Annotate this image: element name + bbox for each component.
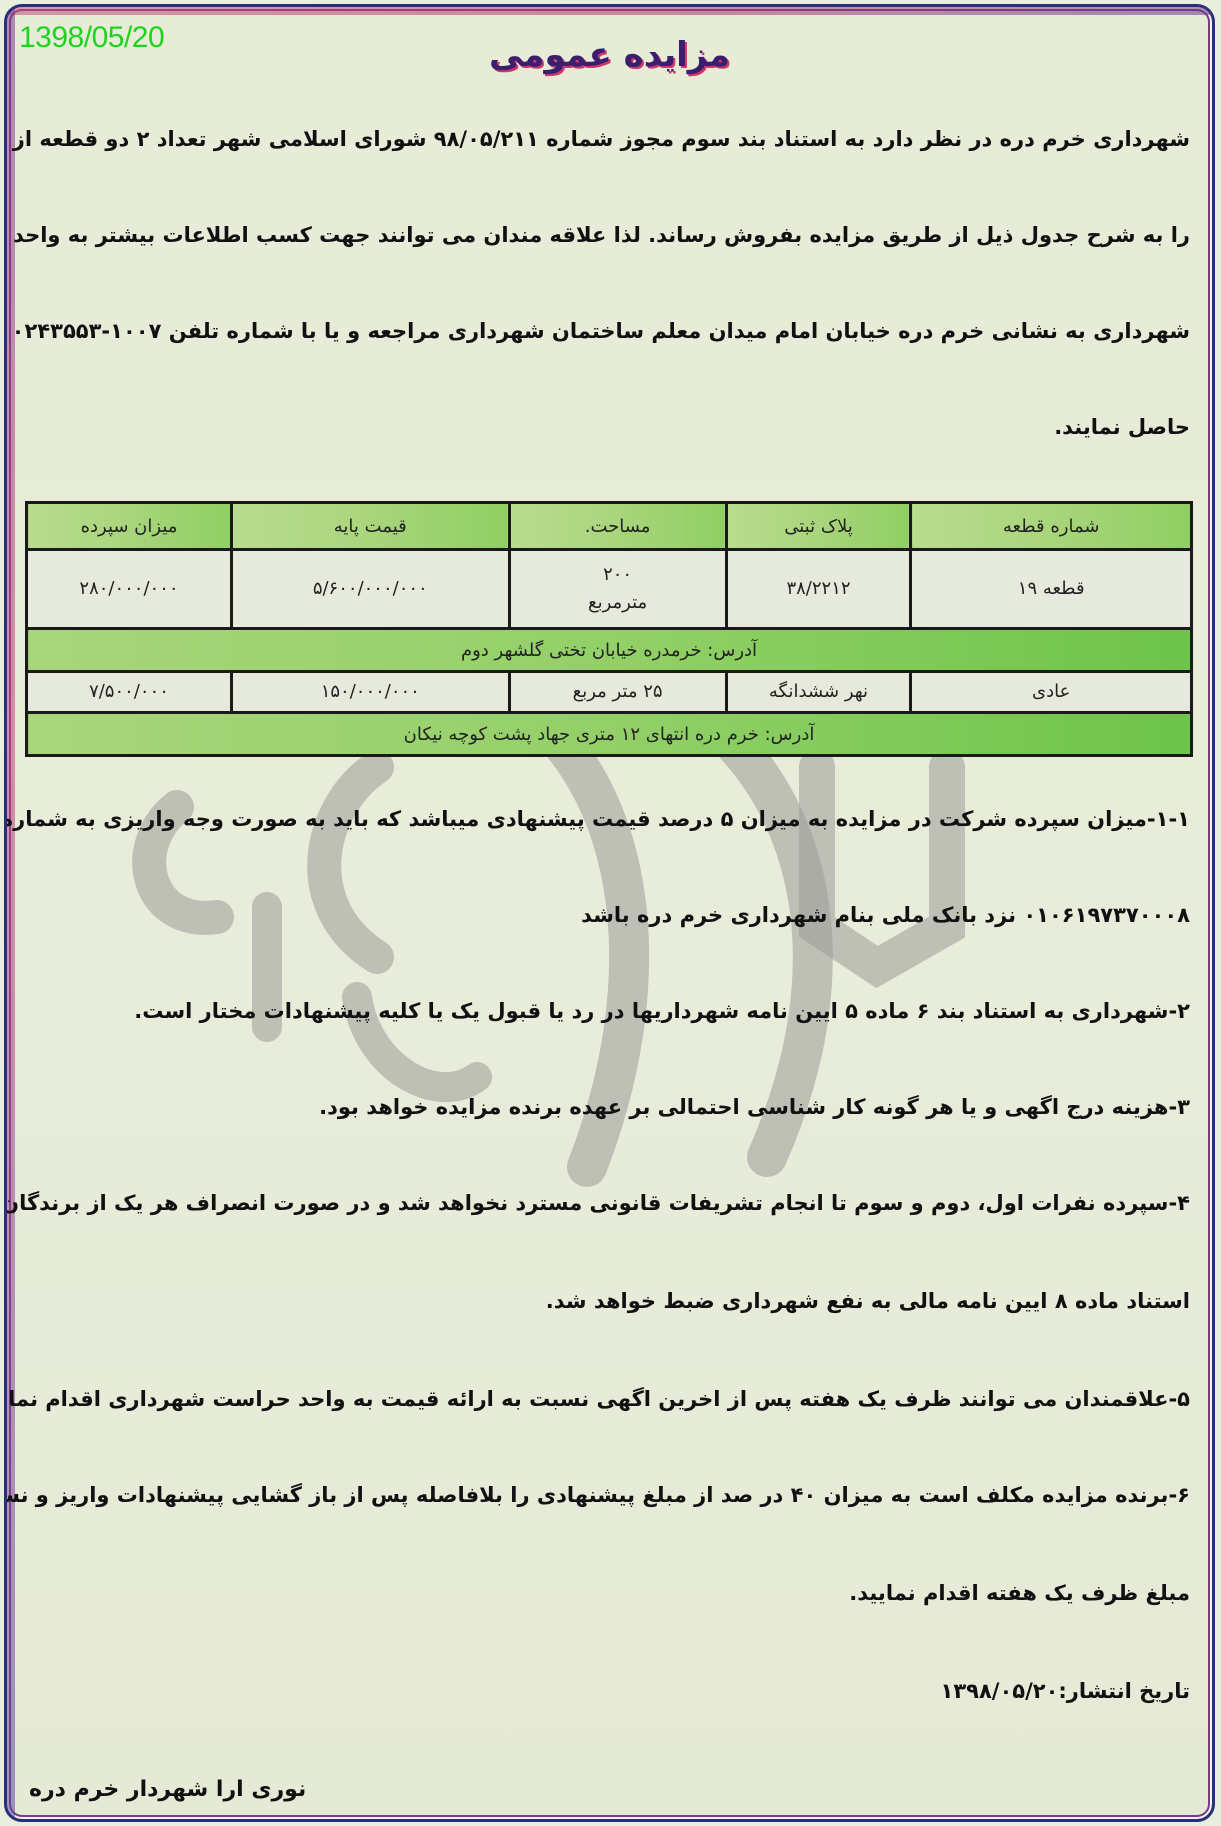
table-address-row: آدرس: خرمدره خیابان تختی گلشهر دوم xyxy=(27,629,1192,672)
header-area: مساحت. xyxy=(509,503,726,550)
header-registration-plate: پلاک ثبتی xyxy=(726,503,911,550)
notice-body: شهرداری خرم دره در نظر دارد به استناد بن… xyxy=(29,7,1190,1819)
condition-4-line-1: ۴-سپرده نفرات اول، دوم و سوم تا انجام تش… xyxy=(29,1191,1190,1215)
cell-registration-plate: نهر ششدانگه xyxy=(726,672,911,713)
cell-base-price: ۱۵۰/۰۰۰/۰۰۰ xyxy=(231,672,509,713)
cell-area: ۲۵ متر مربع xyxy=(509,672,726,713)
header-lot-number: شماره قطعه xyxy=(911,503,1192,550)
condition-1-line-2: ۰۱۰۶۱۹۷۳۷۰۰۰۸ نزد بانک ملی بنام شهرداری … xyxy=(29,903,1190,927)
header-deposit: میزان سپرده xyxy=(27,503,232,550)
cell-base-price: ۵/۶۰۰/۰۰۰/۰۰۰ xyxy=(231,550,509,629)
cell-deposit: ۷/۵۰۰/۰۰۰ xyxy=(27,672,232,713)
notice-frame: 1398/05/20 مزایده عمومی شهرداری خرم دره … xyxy=(4,4,1215,1822)
lot-address: آدرس: خرمدره خیابان تختی گلشهر دوم xyxy=(27,629,1192,672)
condition-5: ۵-علاقمندان می توانند ظرف یک هفته پس از … xyxy=(29,1387,1190,1411)
signature: نوری ارا شهردار خرم دره xyxy=(29,1777,306,1802)
table-row: قطعه ۱۹ ۳۸/۲۲۱۲ ۲۰۰ مترمربع ۵/۶۰۰/۰۰۰/۰۰… xyxy=(27,550,1192,629)
cell-area-value: ۲۰۰ xyxy=(511,561,725,589)
publication-date-value: ۱۳۹۸/۰۵/۲۰ xyxy=(941,1679,1059,1703)
condition-6-line-2: مبلغ ظرف یک هفته اقدام نمایید. xyxy=(29,1581,1190,1605)
condition-4-line-2: استناد ماده ۸ ایین نامه مالی به نفع شهرد… xyxy=(29,1289,1190,1313)
header-base-price: قیمت پایه xyxy=(231,503,509,550)
cell-registration-plate: ۳۸/۲۲۱۲ xyxy=(726,550,911,629)
stamp-date: 1398/05/20 xyxy=(19,21,164,55)
publication-date: تاریخ انتشار:۱۳۹۸/۰۵/۲۰ xyxy=(941,1679,1190,1703)
lot-address: آدرس: خرم دره انتهای ۱۲ متری جهاد پشت کو… xyxy=(27,713,1192,756)
condition-3: ۳-هزینه درج اگهی و یا هر گونه کار شناسی … xyxy=(29,1095,1190,1119)
cell-area: ۲۰۰ مترمربع xyxy=(509,550,726,629)
intro-line-2: را به شرح جدول ذیل از طریق مزایده بفروش … xyxy=(29,223,1190,247)
page-title: مزایده عمومی xyxy=(7,35,1212,75)
condition-1-line-1: ۱-۱-میزان سپرده شرکت در مزایده به میزان … xyxy=(29,807,1190,831)
table-row: عادی نهر ششدانگه ۲۵ متر مربع ۱۵۰/۰۰۰/۰۰۰… xyxy=(27,672,1192,713)
intro-line-3: شهرداری به نشانی خرم دره خیابان امام مید… xyxy=(29,319,1190,343)
cell-lot-number: قطعه ۱۹ xyxy=(911,550,1192,629)
table-header-row: شماره قطعه پلاک ثبتی مساحت. قیمت پایه می… xyxy=(27,503,1192,550)
cell-lot-number: عادی xyxy=(911,672,1192,713)
lots-table: شماره قطعه پلاک ثبتی مساحت. قیمت پایه می… xyxy=(25,501,1193,757)
intro-line-4: حاصل نمایند. xyxy=(29,415,1190,439)
condition-6-line-1: ۶-برنده مزایده مکلف است به میزان ۴۰ در ص… xyxy=(29,1483,1190,1507)
intro-line-1: شهرداری خرم دره در نظر دارد به استناد بن… xyxy=(29,127,1190,151)
table-address-row: آدرس: خرم دره انتهای ۱۲ متری جهاد پشت کو… xyxy=(27,713,1192,756)
condition-2: ۲-شهرداری به استناد بند ۶ ماده ۵ ایین نا… xyxy=(29,999,1190,1023)
cell-area-unit: مترمربع xyxy=(511,589,725,617)
cell-deposit: ۲۸۰/۰۰۰/۰۰۰ xyxy=(27,550,232,629)
publication-date-label: تاریخ انتشار: xyxy=(1058,1679,1190,1703)
